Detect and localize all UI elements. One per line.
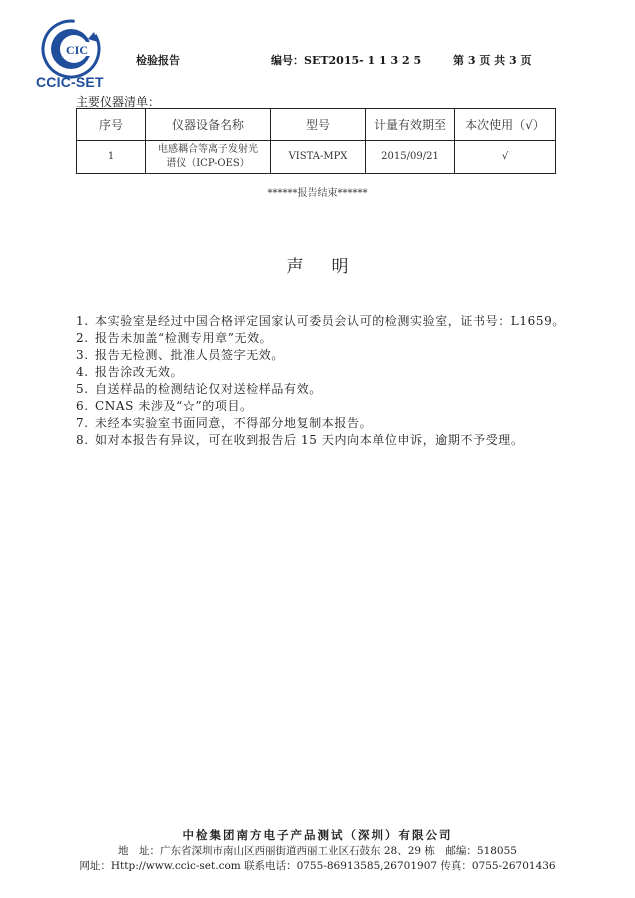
column-header-used: 本次使用（√） [455, 109, 556, 141]
cell-index: 1 [77, 141, 146, 174]
cell-valid-until: 2015/09/21 [366, 141, 455, 174]
logo-text: CCIC-SET [36, 74, 104, 90]
cell-model: VISTA-MPX [271, 141, 366, 174]
footer-company: 中检集团南方电子产品测试（深圳）有限公司 [0, 827, 635, 843]
declaration-item: 4.报告涂改无效。 [76, 364, 566, 381]
report-title: 检验报告 [136, 52, 180, 68]
declaration-item: 1.本实验室是经过中国合格评定国家认可委员会认可的检测实验室，证书号：L1659… [76, 313, 566, 330]
svg-text:CIC: CIC [66, 43, 88, 57]
page-info: 第 3 页 共 3 页 [453, 52, 531, 68]
column-header-model: 型号 [271, 109, 366, 141]
table-row: 1 电感耦合等离子发射光 谱仪（ICP-OES） VISTA-MPX 2015/… [77, 141, 556, 174]
declaration-item: 8.如对本报告有异议，可在收到报告后 15 天内向本单位申诉，逾期不予受理。 [76, 432, 566, 449]
declaration-item: 3.报告无检测、批准人员签字无效。 [76, 347, 566, 364]
declaration-item: 2.报告未加盖“检测专用章”无效。 [76, 330, 566, 347]
instrument-table: 序号 仪器设备名称 型号 计量有效期至 本次使用（√） 1 电感耦合等离子发射光… [76, 108, 556, 174]
report-number: 编号：SET2015- 1 1 3 2 5 [271, 52, 421, 68]
cell-name: 电感耦合等离子发射光 谱仪（ICP-OES） [146, 141, 271, 174]
cell-name-line1: 电感耦合等离子发射光 [150, 143, 266, 157]
column-header-name: 仪器设备名称 [146, 109, 271, 141]
declaration-item: 7.未经本实验室书面同意，不得部分地复制本报告。 [76, 415, 566, 432]
cell-used: √ [455, 141, 556, 174]
cell-name-line2: 谱仪（ICP-OES） [150, 157, 266, 171]
footer-address: 地 址：广东省深圳市南山区西丽街道西丽工业区石鼓东 28、29 栋 邮编：518… [0, 843, 635, 858]
report-end-mark: ******报告结束****** [0, 184, 635, 199]
declaration-list: 1.本实验室是经过中国合格评定国家认可委员会认可的检测实验室，证书号：L1659… [76, 313, 566, 449]
table-header-row: 序号 仪器设备名称 型号 计量有效期至 本次使用（√） [77, 109, 556, 141]
column-header-index: 序号 [77, 109, 146, 141]
ccic-logo-icon: CIC [40, 18, 102, 80]
footer-contact: 网址：Http://www.ccic-set.com 联系电话：0755-869… [0, 858, 635, 873]
declaration-item: 6.CNAS 未涉及“☆”的项目。 [76, 398, 566, 415]
declaration-item: 5.自送样品的检测结论仅对送检样品有效。 [76, 381, 566, 398]
column-header-valid-until: 计量有效期至 [366, 109, 455, 141]
declaration-title: 声明 [0, 252, 635, 277]
